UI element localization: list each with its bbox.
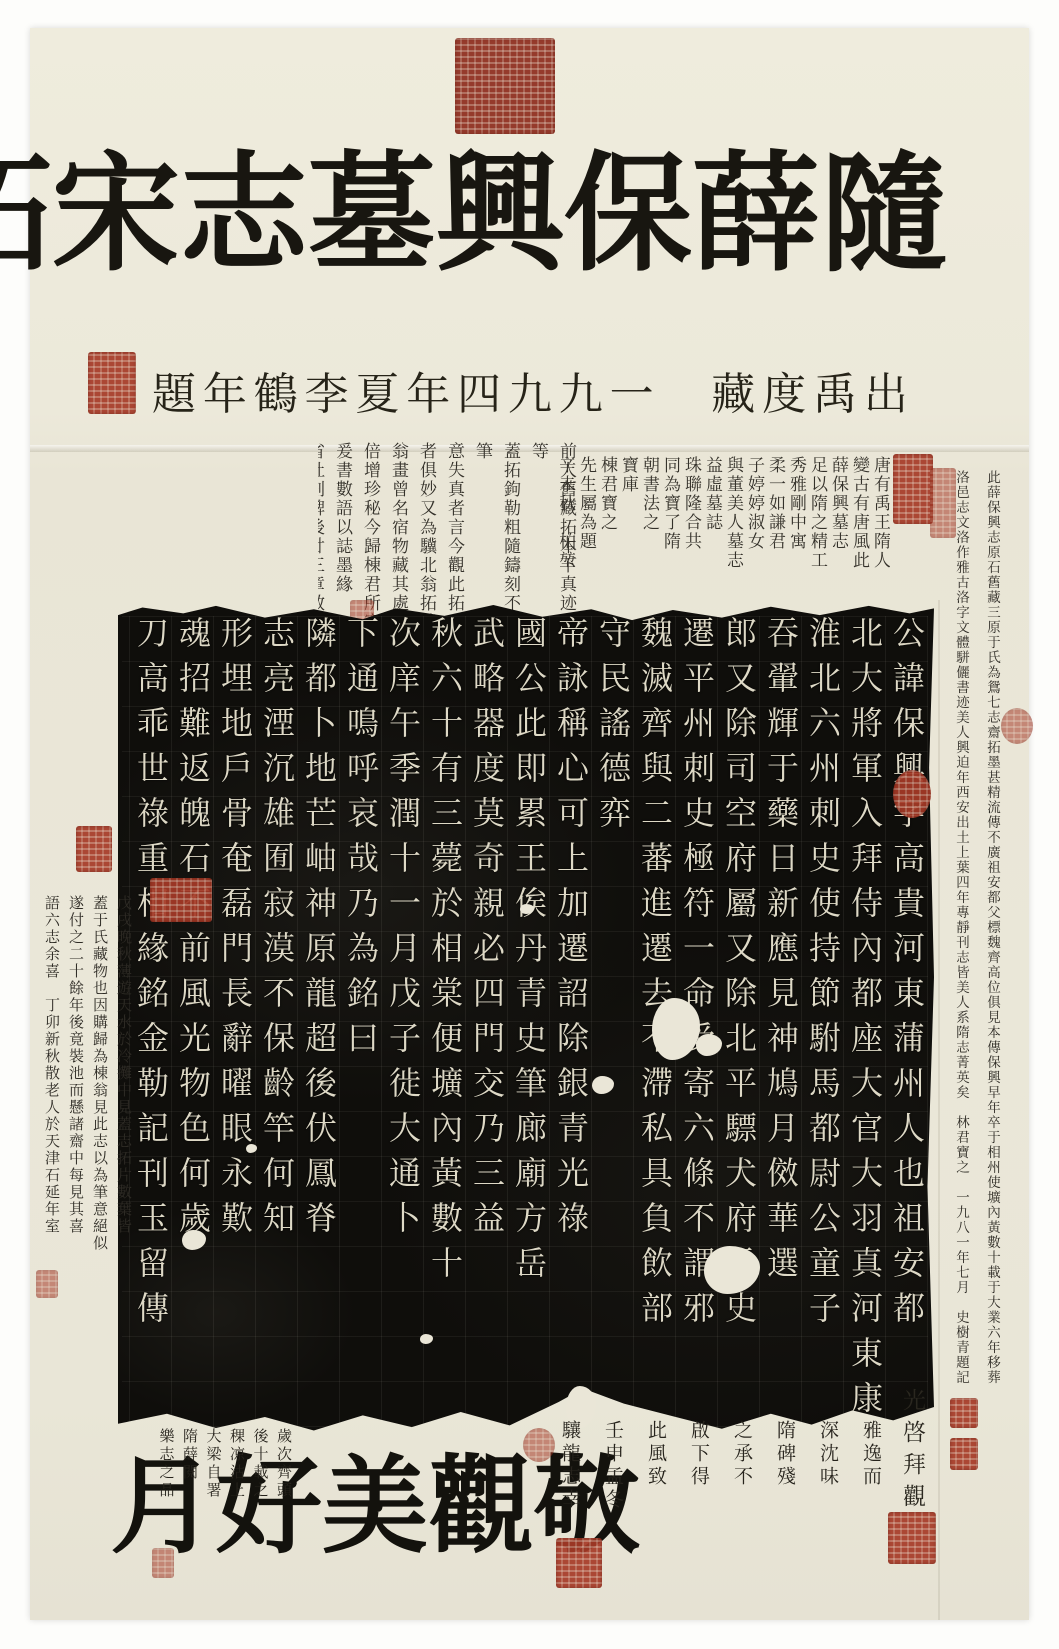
rubbing-right-round-seal xyxy=(893,770,931,818)
glyph: 出 xyxy=(864,358,908,422)
stone-rubbing-panel: 公諱保興字高貴河東蒲州人也祖安都 北大將軍入拜侍內都座大官大羽真河東康 淮北六州… xyxy=(118,600,934,1438)
bottom-mid-colophon-seal xyxy=(556,1538,602,1588)
glyph: 夏 xyxy=(355,358,399,422)
glyph: 年 xyxy=(406,358,450,422)
dedication-line: 出禹度藏 一九九四年夏李鶴年題 xyxy=(152,344,908,436)
scroll-photo: 隨薛保興墓志宋拓珍本 出禹度藏 一九九四年夏李鶴年題 唐有禹王隋人 變古有唐風此… xyxy=(0,0,1059,1649)
left-colophon-bottom-seal xyxy=(36,1270,58,1298)
glyph: 隨 xyxy=(820,128,948,333)
glyph: 鶴 xyxy=(254,358,298,422)
glyph: 保 xyxy=(564,128,692,333)
glyph: 年 xyxy=(203,358,247,422)
viewer-note-seal xyxy=(888,1512,936,1564)
left-colophon-top-seal xyxy=(150,878,212,922)
glyph: 禹 xyxy=(813,358,857,422)
glyph: 墓 xyxy=(308,128,436,333)
colophon-mid-right: 唐有禹王隋人 變古有唐風此 薛保興墓志 足以隋之精工 秀雅剛中寓 柔一如謙君 子… xyxy=(560,456,890,638)
glyph: 薛 xyxy=(692,128,820,333)
glyph: 題 xyxy=(152,358,196,422)
glyph: 一 xyxy=(610,358,654,422)
dedication-seal xyxy=(88,352,136,414)
right-colophon-seal-1 xyxy=(950,1398,978,1428)
bottom-left-colophon-seal xyxy=(152,1548,174,1578)
glyph: 宋 xyxy=(52,128,180,333)
glyph: 拓 xyxy=(0,128,52,333)
glyph: 志 xyxy=(180,128,308,333)
glyph: 李 xyxy=(305,358,349,422)
glyph: 四 xyxy=(457,358,501,422)
right-colophon-seal-2 xyxy=(950,1438,978,1470)
glyph: 度 xyxy=(762,358,806,422)
glyph: 美 xyxy=(322,1422,428,1574)
margin-round-seal xyxy=(1001,708,1033,744)
glyph: 藏 xyxy=(711,358,755,422)
top-collector-seal xyxy=(455,38,555,134)
glyph: 九 xyxy=(508,358,552,422)
colophon-bottom-left: 歲次齊頭 後十載之 稞凉沽上 大梁自署 隋薛閱 樂志之品 xyxy=(153,1428,295,1593)
title-seal-script: 隨薛保興墓志宋拓珍本 xyxy=(68,128,948,333)
mid-colophon-seal xyxy=(893,454,933,524)
colophon-right-edge: 此薛保興志原石舊藏三原于氏為鴛七志齋拓墨甚精流傳不廣祖安都父標魏齊高位俱見本傳保… xyxy=(943,470,1007,1475)
glyph: 九 xyxy=(559,358,603,422)
glyph: 興 xyxy=(436,128,564,333)
glyph xyxy=(660,358,704,422)
viewer-note: 光啓拜觀 xyxy=(893,1388,929,1528)
rubbing-left-edge-seal xyxy=(76,826,112,872)
panel-fold xyxy=(938,600,940,1620)
glyph: 觀 xyxy=(428,1422,534,1574)
epitaph-text-columns: 公諱保興字高貴河東蒲州人也祖安都 北大將軍入拜侍內都座大官大羽真河東康 淮北六州… xyxy=(122,616,928,1430)
